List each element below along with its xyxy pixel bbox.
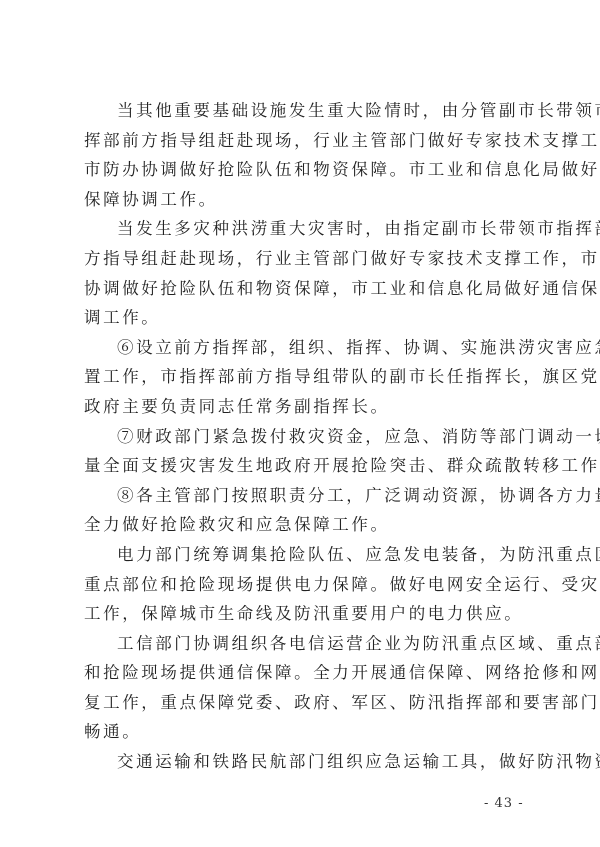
paragraph-telecom-department: 工信部门协调组织各电信运营企业为防汛重点区域、重点部位 和抢险现场提供通信保障。…	[84, 629, 524, 747]
text-line: 复工作，重点保障党委、政府、军区、防汛指挥部和要害部门通信	[84, 688, 524, 718]
paragraph-item-8-departments: ⑧各主管部门按照职责分工，广泛调动资源，协调各方力量， 全力做好抢险救灾和应急保…	[84, 481, 524, 540]
text-line: 当发生多灾种洪涝重大灾害时，由指定副市长带领市指挥部前	[84, 214, 524, 244]
text-line: 当其他重要基础设施发生重大险情时，由分管副市长带领市指	[84, 96, 524, 126]
paragraph-multi-hazard-disaster: 当发生多灾种洪涝重大灾害时，由指定副市长带领市指挥部前 方指导组赶赴现场，行业主…	[84, 214, 524, 332]
paragraph-transport-department: 交通运输和铁路民航部门组织应急运输工具，做好防汛物资运	[84, 747, 524, 777]
text-line: 置工作，市指挥部前方指导组带队的副市长任指挥长，旗区党委、	[84, 362, 524, 392]
text-line: 重点部位和抢险现场提供电力保障。做好电网安全运行、受灾复电	[84, 570, 524, 600]
paragraph-infrastructure-danger: 当其他重要基础设施发生重大险情时，由分管副市长带领市指 挥部前方指导组赶赴现场，…	[84, 96, 524, 214]
text-line: ⑧各主管部门按照职责分工，广泛调动资源，协调各方力量，	[84, 481, 524, 511]
text-line: 保障协调工作。	[84, 185, 524, 215]
text-line: 电力部门统筹调集抢险队伍、应急发电装备，为防汛重点区域、	[84, 540, 524, 570]
text-line: ⑥设立前方指挥部，组织、指挥、协调、实施洪涝灾害应急处	[84, 333, 524, 363]
text-line: 交通运输和铁路民航部门组织应急运输工具，做好防汛物资运	[84, 747, 524, 777]
text-line: ⑦财政部门紧急拨付救灾资金，应急、消防等部门调动一切力	[84, 422, 524, 452]
document-body: 当其他重要基础设施发生重大险情时，由分管副市长带领市指 挥部前方指导组赶赴现场，…	[84, 96, 524, 777]
text-line: 工信部门协调组织各电信运营企业为防汛重点区域、重点部位	[84, 629, 524, 659]
text-line: 全力做好抢险救灾和应急保障工作。	[84, 510, 524, 540]
paragraph-item-6-front-command: ⑥设立前方指挥部，组织、指挥、协调、实施洪涝灾害应急处 置工作，市指挥部前方指导…	[84, 333, 524, 422]
page-number: - 43 -	[484, 796, 524, 811]
text-line: 政府主要负责同志任常务副指挥长。	[84, 392, 524, 422]
text-line: 协调做好抢险队伍和物资保障，市工业和信息化局做好通信保障协	[84, 274, 524, 304]
text-line: 畅通。	[84, 717, 524, 747]
text-line: 市防办协调做好抢险队伍和物资保障。市工业和信息化局做好通信	[84, 155, 524, 185]
text-line: 方指导组赶赴现场，行业主管部门做好专家技术支撑工作，市防办	[84, 244, 524, 274]
text-line: 调工作。	[84, 303, 524, 333]
text-line: 量全面支援灾害发生地政府开展抢险突击、群众疏散转移工作。	[84, 451, 524, 481]
text-line: 和抢险现场提供通信保障。全力开展通信保障、网络抢修和网络恢	[84, 658, 524, 688]
text-line: 工作，保障城市生命线及防汛重要用户的电力供应。	[84, 599, 524, 629]
paragraph-power-department: 电力部门统筹调集抢险队伍、应急发电装备，为防汛重点区域、 重点部位和抢险现场提供…	[84, 540, 524, 629]
document-page: 当其他重要基础设施发生重大险情时，由分管副市长带领市指 挥部前方指导组赶赴现场，…	[0, 0, 600, 847]
text-line: 挥部前方指导组赶赴现场，行业主管部门做好专家技术支撑工作，	[84, 126, 524, 156]
paragraph-item-7-finance: ⑦财政部门紧急拨付救灾资金，应急、消防等部门调动一切力 量全面支援灾害发生地政府…	[84, 422, 524, 481]
